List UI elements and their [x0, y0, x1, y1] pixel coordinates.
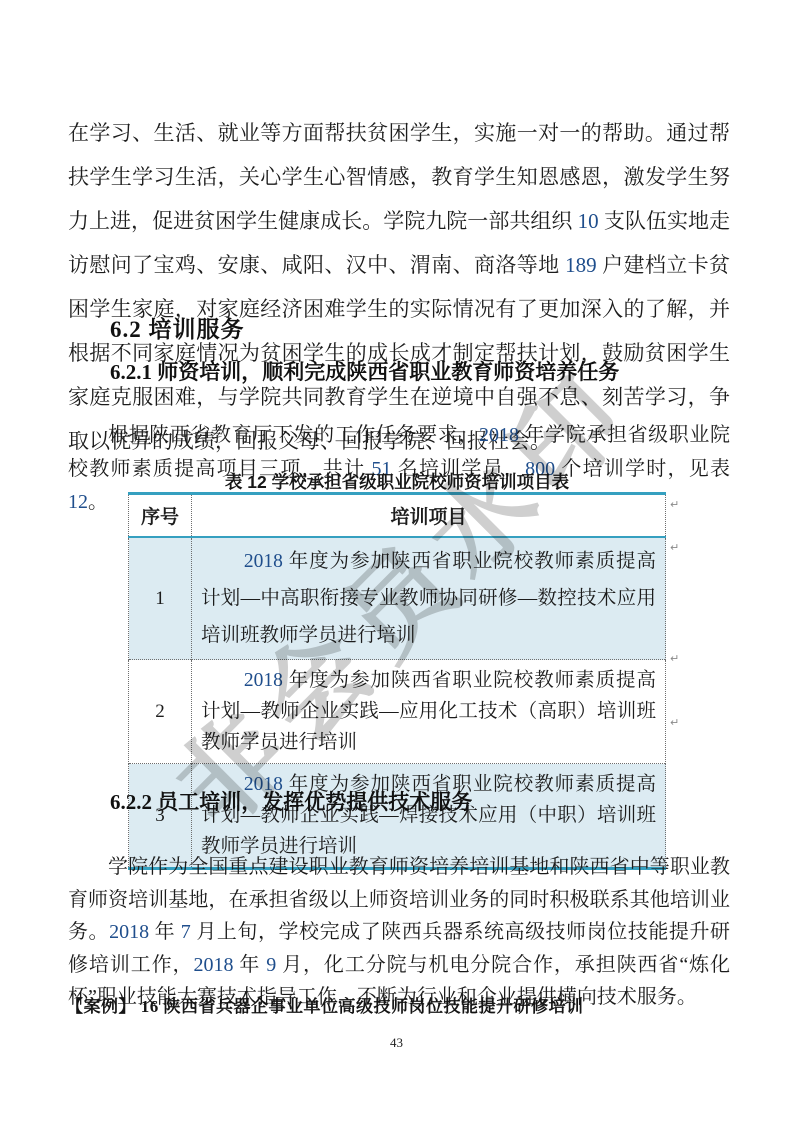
text-run: 年 — [233, 954, 266, 976]
row-project-cell: 2018 年度为参加陕西省职业院校教师素质提高计划—中高职衔接专业教师协同研修—… — [192, 537, 666, 660]
table-row: 2 2018 年度为参加陕西省职业院校教师素质提高计划—教师企业实践—应用化工技… — [129, 660, 666, 764]
row-project-cell: 2018 年度为参加陕西省职业院校教师素质提高计划—教师企业实践—应用化工技术（… — [192, 660, 666, 764]
row-serial-number: 2 — [129, 660, 192, 764]
text-run: 。 — [88, 491, 108, 513]
table-header-row: 序号 培训项目 — [129, 494, 666, 538]
number-run: 189 — [565, 253, 597, 277]
number-run: 12 — [68, 491, 88, 513]
number-run: 2018 — [479, 424, 519, 446]
section-heading-6-2: 6.2 培训服务 — [110, 311, 245, 344]
number-run: 9 — [266, 954, 276, 976]
row-serial-number: 1 — [129, 537, 192, 660]
cell-end-marker-icon: ↵ — [670, 716, 679, 729]
cell-end-marker-icon: ↵ — [670, 652, 679, 665]
number-run: 2018 — [244, 670, 283, 691]
text-run: 根据陕西省教育厅下发的工作任务要求， — [108, 424, 479, 446]
number-run: 7 — [181, 921, 191, 943]
document-page: { "colors": { "table_border_teal": "#35a… — [0, 0, 793, 1122]
section-heading-6-2-1: 6.2.1 师资培训，顺利完成陕西省职业教育师资培养任务 — [110, 356, 619, 386]
row-project-text: 2018 年度为参加陕西省职业院校教师素质提高计划—教师企业实践—应用化工技术（… — [192, 660, 665, 763]
number-run: 2018 — [193, 954, 233, 976]
case-example-line: 【案例】 16 陕西省兵器企事业单位高级技师岗位技能提升研修培训 — [66, 992, 746, 1017]
table-caption: 表 12 学校承担省级职业院校师资培训项目表 — [128, 469, 666, 494]
number-run: 2018 — [244, 551, 283, 572]
table-row: 1 2018 年度为参加陕西省职业院校教师素质提高计划—中高职衔接专业教师协同研… — [129, 537, 666, 660]
number-run: 2018 — [109, 921, 149, 943]
table-header-serial: 序号 — [129, 494, 192, 538]
paragraph-6-2-2: 学院作为全国重点建设职业教育师资培养培训基地和陕西省中等职业教育师资培训基地，在… — [68, 851, 730, 1014]
number-run: 10 — [578, 209, 599, 233]
intro-paragraph: 在学习、生活、就业等方面帮扶贫困学生，实施一对一的帮助。通过帮扶学生学习生活，关… — [68, 111, 730, 463]
table-header-project: 培训项目 — [192, 494, 666, 538]
cell-end-marker-icon: ↵ — [670, 498, 679, 511]
text-run: 年 — [149, 921, 181, 943]
row-project-text: 2018 年度为参加陕西省职业院校教师素质提高计划—中高职衔接专业教师协同研修—… — [192, 538, 665, 659]
cell-end-marker-icon: ↵ — [670, 541, 679, 554]
page-number: 43 — [0, 1035, 793, 1051]
section-heading-6-2-2: 6.2.2 员工培训，发挥优势提供技术服务 — [110, 786, 472, 816]
